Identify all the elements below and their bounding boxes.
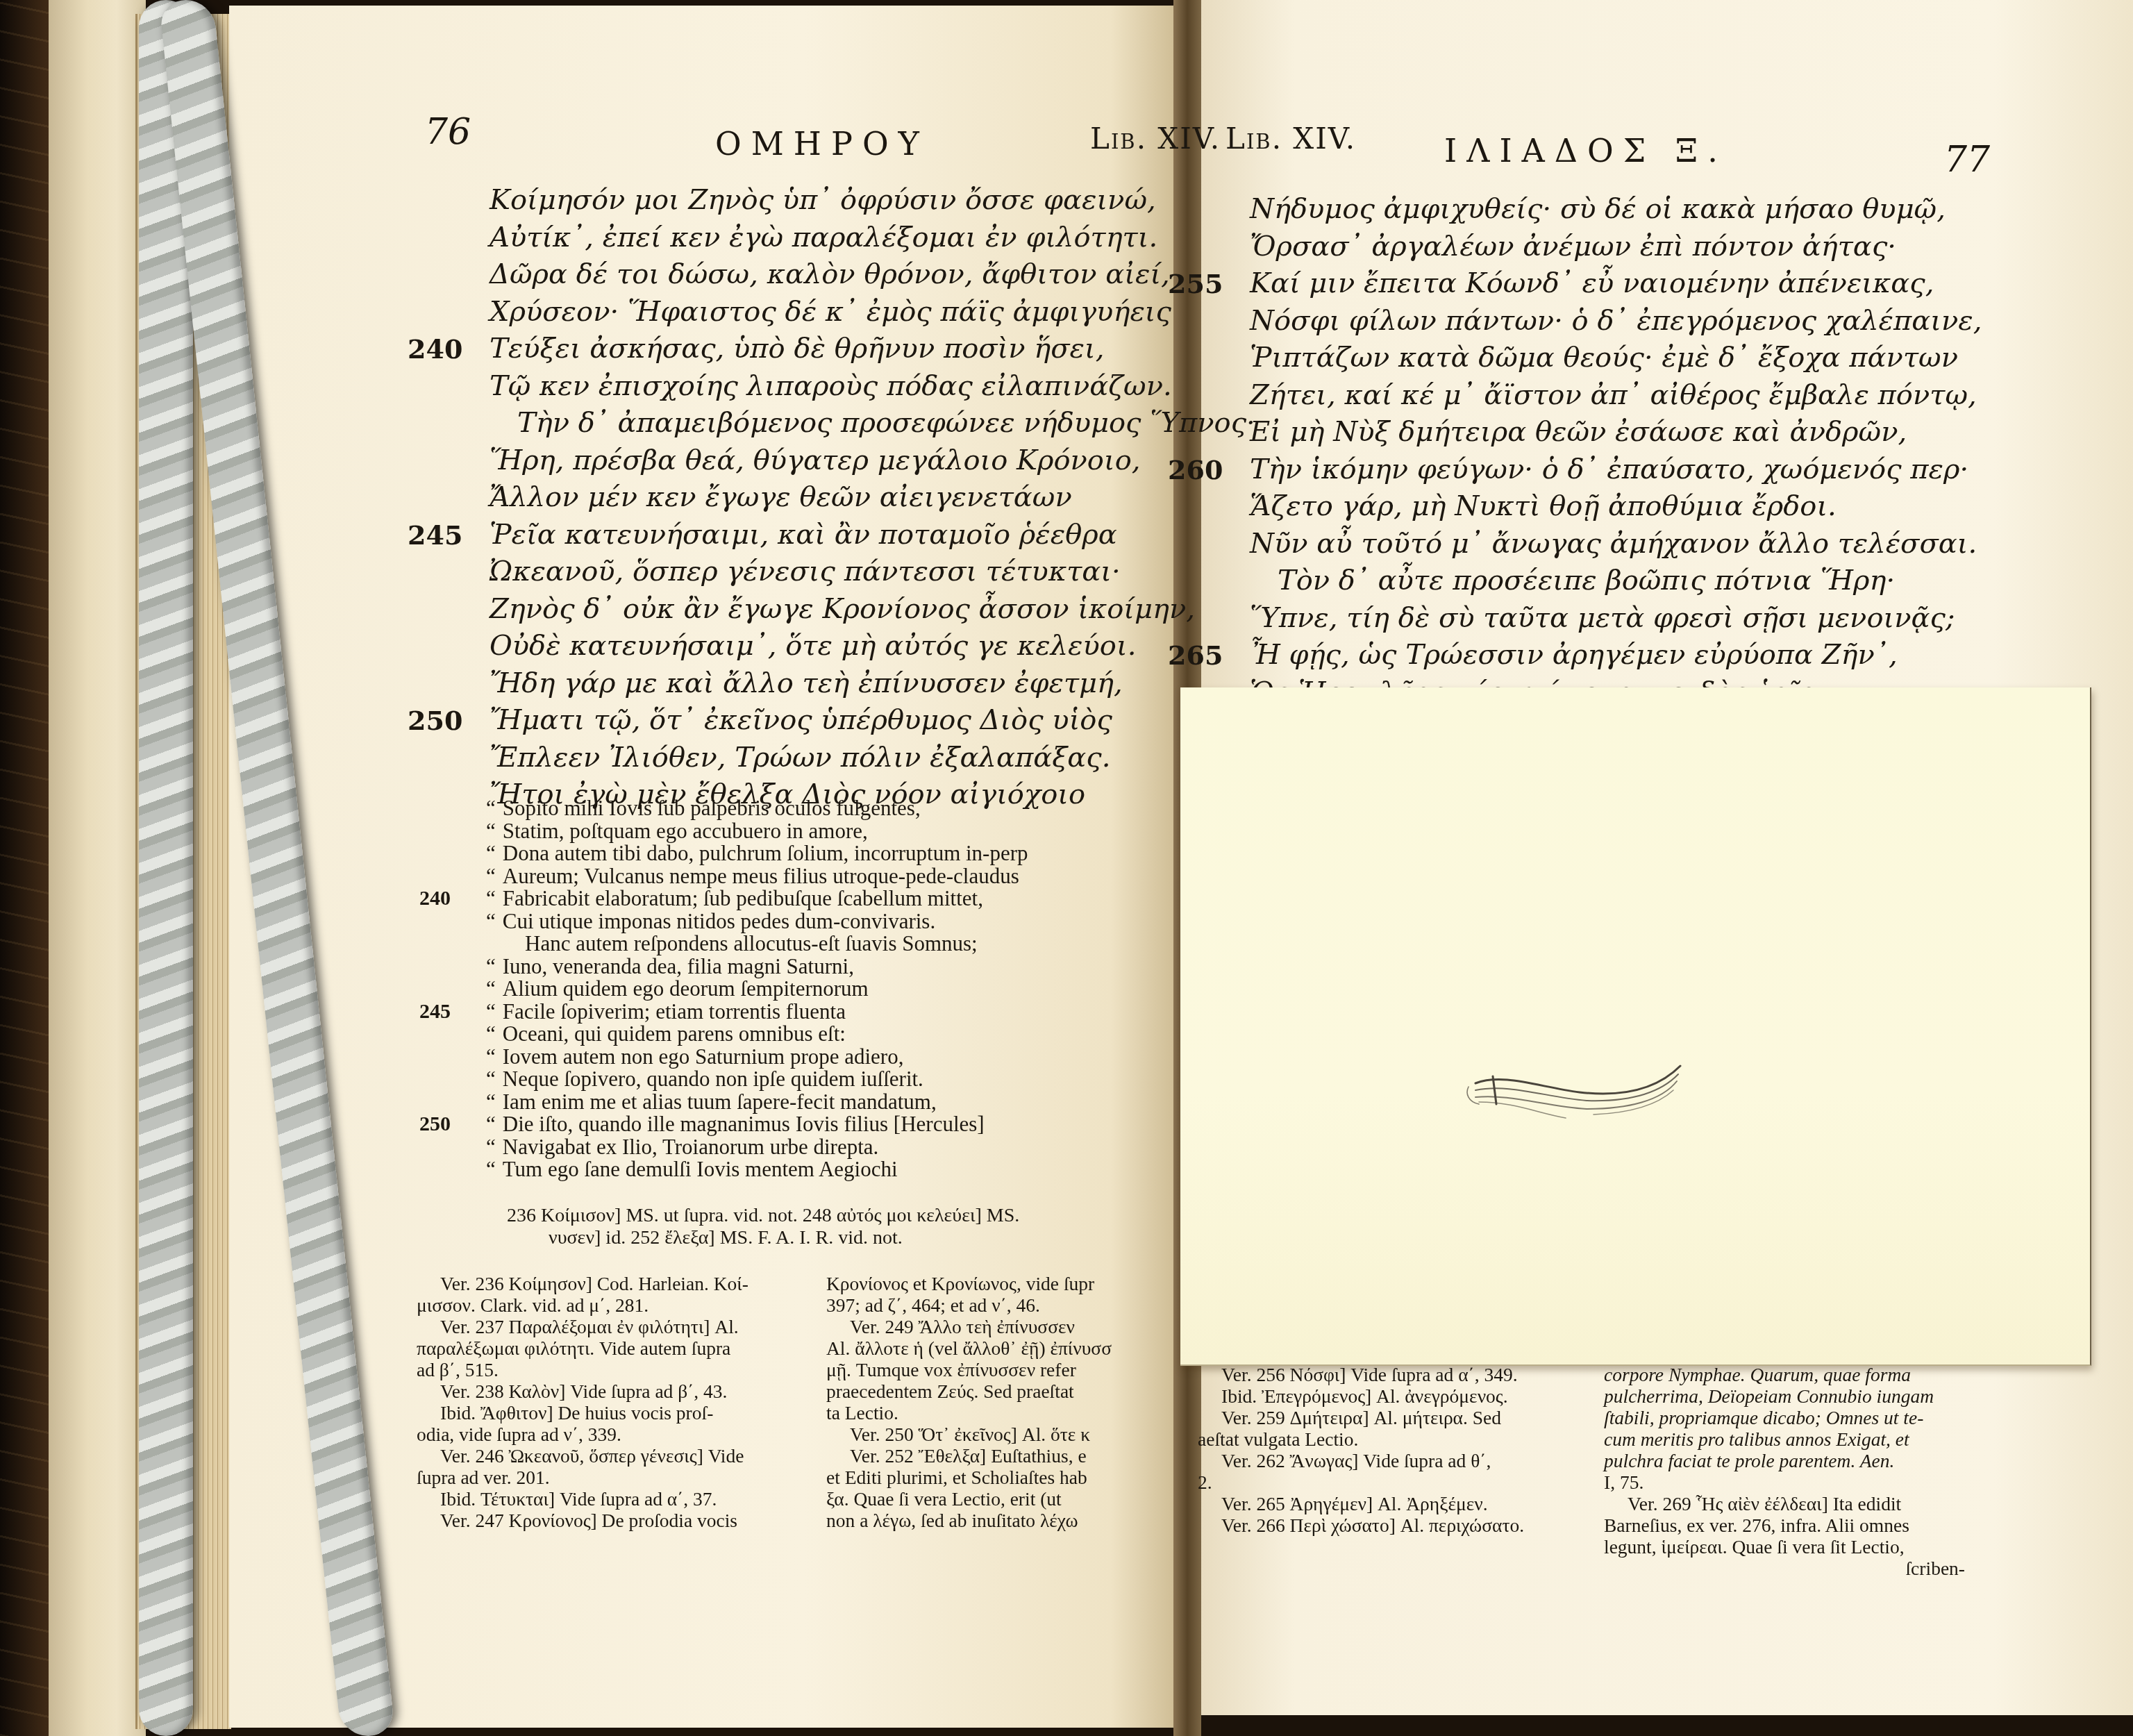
translation-line: “Oceani, qui quidem parens omnibus eſt: (486, 1023, 1028, 1046)
variant-line: 236 Κοίμισον] MS. ut ſupra. vid. not. 24… (507, 1205, 1019, 1227)
footnote-line: non a λέγω, ſed ab inuſitato λέχω (826, 1510, 1173, 1531)
verse-line: Ἅζετο γάρ, μὴ Νυκτὶ θοῇ ἀποθύμια ἔρδοι. (1250, 488, 1982, 526)
footnote-line: μῇ. Tumque vox ἐπίνυσσεν refer (826, 1359, 1173, 1380)
verse-line: Κοίμησόν μοι Ζηνὸς ὑπ᾽ ὀφρύσιν ὄσσε φαει… (490, 182, 1255, 219)
footnote-line: Ver. 238 Καλὸν] Vide ſupra ad β΄, 43. (417, 1380, 809, 1402)
footnote-line: et Editi plurimi, et Scholiaſtes hab (826, 1467, 1173, 1488)
footnote-line: pulcherrima, Deïopeiam Connubio iungam (1604, 1385, 1979, 1407)
footnote-line: Κρονίονος et Κρονίωνος, vide ſupr (826, 1273, 1173, 1294)
footnote-line: Ver. 265 Ἀρηγέμεν] Al. Ἀρηξέμεν. (1198, 1493, 1587, 1514)
verse-line: Ὕπνε, τίη δὲ σὺ ταῦτα μετὰ φρεσὶ σῇσι με… (1250, 600, 1982, 637)
footnote-line: Ver. 256 Νόσφι] Vide ſupra ad α΄, 349. (1198, 1364, 1587, 1385)
verse-line: 255Καί μιν ἔπειτα Κόωνδ᾽ εὖ ναιομένην ἀπ… (1250, 265, 1982, 303)
variant-readings: 236 Κοίμισον] MS. ut ſupra. vid. not. 24… (507, 1205, 1019, 1249)
translation-line: “Iam enim me et alias tuum ſapere-fecit … (486, 1091, 1028, 1114)
translation-line: Hanc autem reſpondens allocutus-eſt ſuav… (486, 933, 1028, 955)
footnote-line: Ibid. Τέτυκται] Vide ſupra ad α΄, 37. (417, 1488, 809, 1510)
verse-line: Ἤδη γάρ με καὶ ἄλλο τεὴ ἐπίνυσσεν ἐφετμή… (490, 665, 1255, 703)
footnote-line: Ver. 269 Ἧς αἰὲν ἐέλδεαι] Ita edidit (1604, 1493, 1979, 1514)
translation-line: “Aureum; Vulcanus nempe meus filius utro… (486, 865, 1028, 888)
footnote-line: legunt, ἱμείρεαι. Quae ſi vera ſit Lecti… (1604, 1536, 1979, 1558)
translation-line: “Navigabat ex Ilio, Troianorum urbe dire… (486, 1136, 1028, 1159)
translation-line: 250“Die iſto, quando ille magnanimus Iov… (486, 1113, 1028, 1136)
footnote-line: I, 75. (1604, 1471, 1979, 1493)
footnote-line: cum meritis pro talibus annos Exigat, et (1604, 1428, 1979, 1450)
translation-line: “Iuno, veneranda dea, filia magni Saturn… (486, 955, 1028, 978)
variant-line: νυσεν] id. 252 ἔλεξα] MS. F. A. I. R. vi… (507, 1227, 1019, 1249)
footnotes-right-col2: corpore Nymphae. Quarum, quae forma pulc… (1604, 1364, 1979, 1579)
footnote-line: Ver. 249 Ἄλλο τεὴ ἐπίνυσσεν (826, 1316, 1173, 1337)
pasted-paper-slip (1180, 687, 2091, 1366)
footnote-line: aeſtat vulgata Lectio. (1198, 1428, 1587, 1450)
footnote-line: ta Lectio. (826, 1402, 1173, 1424)
page-number-right: 77 (1944, 139, 1990, 181)
footnote-line: ad β΄, 515. (417, 1359, 809, 1380)
translation-line: “Sopito mihi Iovis ſub palpebris oculos … (486, 797, 1028, 820)
verse-line: 240Τεύξει ἀσκήσας, ὑπὸ δὲ θρῆνυν ποσὶν ἥ… (490, 331, 1255, 368)
translation-line: “Alium quidem ego deorum ſempiternorum (486, 978, 1028, 1001)
running-head-right: ΙΛΙΑΔΟΣ Ξ. (1444, 132, 1728, 169)
footnote-line: Ver. 259 Δμήτειρα] Al. μήτειρα. Sed (1198, 1407, 1587, 1428)
footnote-line: Barneſius, ex ver. 276, infra. Alii omne… (1604, 1514, 1979, 1536)
verse-line: Τὸν δ᾽ αὖτε προσέειπε βοῶπις πότνια Ἥρη· (1250, 562, 1982, 600)
footnote-line: παραλέξωμαι φιλότητι. Vide autem ſupra (417, 1337, 809, 1359)
footnote-line: Ibid. Ἐπεγρόμενος] Al. ἀνεγρόμενος. (1198, 1385, 1587, 1407)
footnote-line: μισσον. Clark. vid. ad μ΄, 281. (417, 1294, 809, 1316)
footnote-line: ξα. Quae ſi vera Lectio, erit (ut (826, 1488, 1173, 1510)
verse-line: Ἔπλεεν Ἰλιόθεν, Τρώων πόλιν ἐξαλαπάξας. (490, 740, 1255, 777)
verse-line: Ζήτει, καί κέ μ᾽ ἄϊστον ἀπ᾽ αἰθέρος ἔμβα… (1250, 377, 1982, 415)
verse-line: Ζηνὸς δ᾽ οὐκ ἂν ἔγωγε Κρονίονος ἆσσον ἱκ… (490, 591, 1255, 628)
verse-line: Χρύσεον· Ἥφαιστος δέ κ᾽ ἐμὸς πάϊς ἀμφιγυ… (490, 294, 1255, 331)
verse-line: Ῥιπτάζων κατὰ δῶμα θεούς· ἐμὲ δ᾽ ἔξοχα π… (1250, 340, 1982, 377)
translation-line: 240“Fabricabit elaboratum; ſub pedibuſqu… (486, 887, 1028, 910)
translation-line: 245“Facile ſopiverim; etiam torrentis fl… (486, 1001, 1028, 1024)
pencil-sketch-horn-icon (1462, 1059, 1691, 1125)
footnote-line: Ver. 246 Ὠκεανοῦ, ὅσπερ γένεσις] Vide (417, 1445, 809, 1467)
footnote-line: Ver. 237 Παραλέξομαι ἐν φιλότητι] Al. (417, 1316, 809, 1337)
greek-verse-block-left: Κοίμησόν μοι Ζηνὸς ὑπ᾽ ὀφρύσιν ὄσσε φαει… (490, 182, 1255, 814)
verse-line: Δῶρα δέ τοι δώσω, καλὸν θρόνον, ἄφθιτον … (490, 256, 1255, 294)
footnotes-left-col2: Κρονίονος et Κρονίωνος, vide ſupr 397; a… (826, 1273, 1173, 1531)
verse-line: Ὠκεανοῦ, ὅσπερ γένεσις πάντεσσι τέτυκται… (490, 553, 1255, 591)
verse-line: 260Τὴν ἱκόμην φεύγων· ὁ δ᾽ ἐπαύσατο, χωό… (1250, 451, 1982, 489)
footnote-line: Ver. 247 Κρονίονος] De proſodia vocis (417, 1510, 809, 1531)
footnote-line: Ibid. Ἄφθιτον] De huius vocis proſ- (417, 1402, 809, 1424)
verse-line: Ἥρη, πρέσβα θεά, θύγατερ μεγάλοιο Κρόνοι… (490, 442, 1255, 480)
footnote-line: Ver. 262 Ἄνωγας] Vide ſupra ad θ΄, (1198, 1450, 1587, 1471)
verse-line: Νόσφι φίλων πάντων· ὁ δ᾽ ἐπεγρόμενος χαλ… (1250, 303, 1982, 340)
bookmark-cord-icon[interactable] (139, 0, 193, 1736)
footnote-line: Ver. 266 Περὶ χώσατο] Al. περιχώσατο. (1198, 1514, 1587, 1536)
verse-line: 245Ῥεῖα κατευνήσαιμι, καὶ ἂν ποταμοῖο ῥέ… (490, 517, 1255, 554)
footnote-line: corpore Nymphae. Quarum, quae forma (1604, 1364, 1979, 1385)
footnote-line: ſcriben- (1604, 1558, 1979, 1579)
verse-line: Τὴν δ᾽ ἀπαμειβόμενος προσεφώνεε νήδυμος … (490, 405, 1255, 442)
running-head-left: ΟΜΗΡΟΥ (715, 125, 929, 162)
footnote-line: 397; ad ζ΄, 464; et ad ν΄, 46. (826, 1294, 1173, 1316)
pastedown-endpaper (49, 0, 146, 1736)
verse-line: Νήδυμος ἀμφιχυθείς· σὺ δέ οἱ κακὰ μήσαο … (1250, 191, 1982, 228)
footnote-line: 2. (1198, 1471, 1587, 1493)
book-label-left: Lib. XIV. (1090, 122, 1221, 156)
book-label-right: Lib. XIV. (1226, 122, 1356, 156)
footnote-line: odia, vide ſupra ad ν΄, 339. (417, 1424, 809, 1445)
footnote-line: Al. ἄλλοτε ἡ (vel ἄλλοθ᾽ ἐῇ) ἐπίνυσσ (826, 1337, 1173, 1359)
translation-line: “Statim, poſtquam ego accubuero in amore… (486, 820, 1028, 843)
verse-line: Οὐδὲ κατευνήσαιμ᾽, ὅτε μὴ αὐτός γε κελεύ… (490, 628, 1255, 665)
latin-translation-block: “Sopito mihi Iovis ſub palpebris oculos … (486, 797, 1028, 1181)
verse-line: Τῷ κεν ἐπισχοίης λιπαροὺς πόδας εἰλαπινά… (490, 368, 1255, 406)
greek-verse-block-right: Νήδυμος ἀμφιχυθείς· σὺ δέ οἱ κακὰ μήσαο … (1250, 191, 1982, 711)
verse-line: 265Ἦ φῄς, ὡς Τρώεσσιν ἀρηγέμεν εὐρύοπα Ζ… (1250, 637, 1982, 674)
translation-line: “Dona autem tibi dabo, pulchrum ſolium, … (486, 842, 1028, 865)
footnote-line: praecedentem Ζεύς. Sed praeſtat (826, 1380, 1173, 1402)
verse-line: Αὐτίκ᾽, ἐπεί κεν ἐγὼ παραλέξομαι ἐν φιλό… (490, 219, 1255, 257)
footnotes-right-col1: Ver. 256 Νόσφι] Vide ſupra ad α΄, 349. I… (1198, 1364, 1587, 1536)
verse-line: Εἰ μὴ Νὺξ δμήτειρα θεῶν ἐσάωσε καὶ ἀνδρῶ… (1250, 414, 1982, 451)
verse-line: Νῦν αὖ τοῦτό μ᾽ ἄνωγας ἀμήχανον ἄλλο τελ… (1250, 526, 1982, 563)
footnote-line: ſupra ad ver. 201. (417, 1467, 809, 1488)
footnote-line: Ver. 236 Κοίμησον] Cod. Harleian. Κοί- (417, 1273, 809, 1294)
verse-line: 250Ἤματι τῷ, ὅτ᾽ ἐκεῖνος ὑπέρθυμος Διὸς … (490, 702, 1255, 740)
translation-line: “Neque ſopivero, quando non ipſe quidem … (486, 1068, 1028, 1091)
footnote-line: ſtabili, propriamque dicabo; Omnes ut te… (1604, 1407, 1979, 1428)
verse-line: Ἄλλον μέν κεν ἔγωγε θεῶν αἰειγενετάων (490, 479, 1255, 517)
translation-line: “Cui utique imponas nitidos pedes dum-co… (486, 910, 1028, 933)
footnotes-left-col1: Ver. 236 Κοίμησον] Cod. Harleian. Κοί- μ… (417, 1273, 809, 1531)
footnote-line: Ver. 252 Ἔθελξα] Euſtathius, e (826, 1445, 1173, 1467)
page-number-left: 76 (425, 111, 471, 153)
footnote-line: pulchra faciat te prole parentem. Aen. (1604, 1450, 1979, 1471)
verse-line: Ὄρσασ᾽ ἀργαλέων ἀνέμων ἐπὶ πόντον ἀήτας· (1250, 228, 1982, 266)
translation-line: “Tum ego ſane demulſi Iovis mentem Aegio… (486, 1158, 1028, 1181)
translation-line: “Iovem autem non ego Saturnium prope adi… (486, 1046, 1028, 1069)
footnote-line: Ver. 250 Ὅτ᾽ ἐκεῖνος] Al. ὅτε κ (826, 1424, 1173, 1445)
